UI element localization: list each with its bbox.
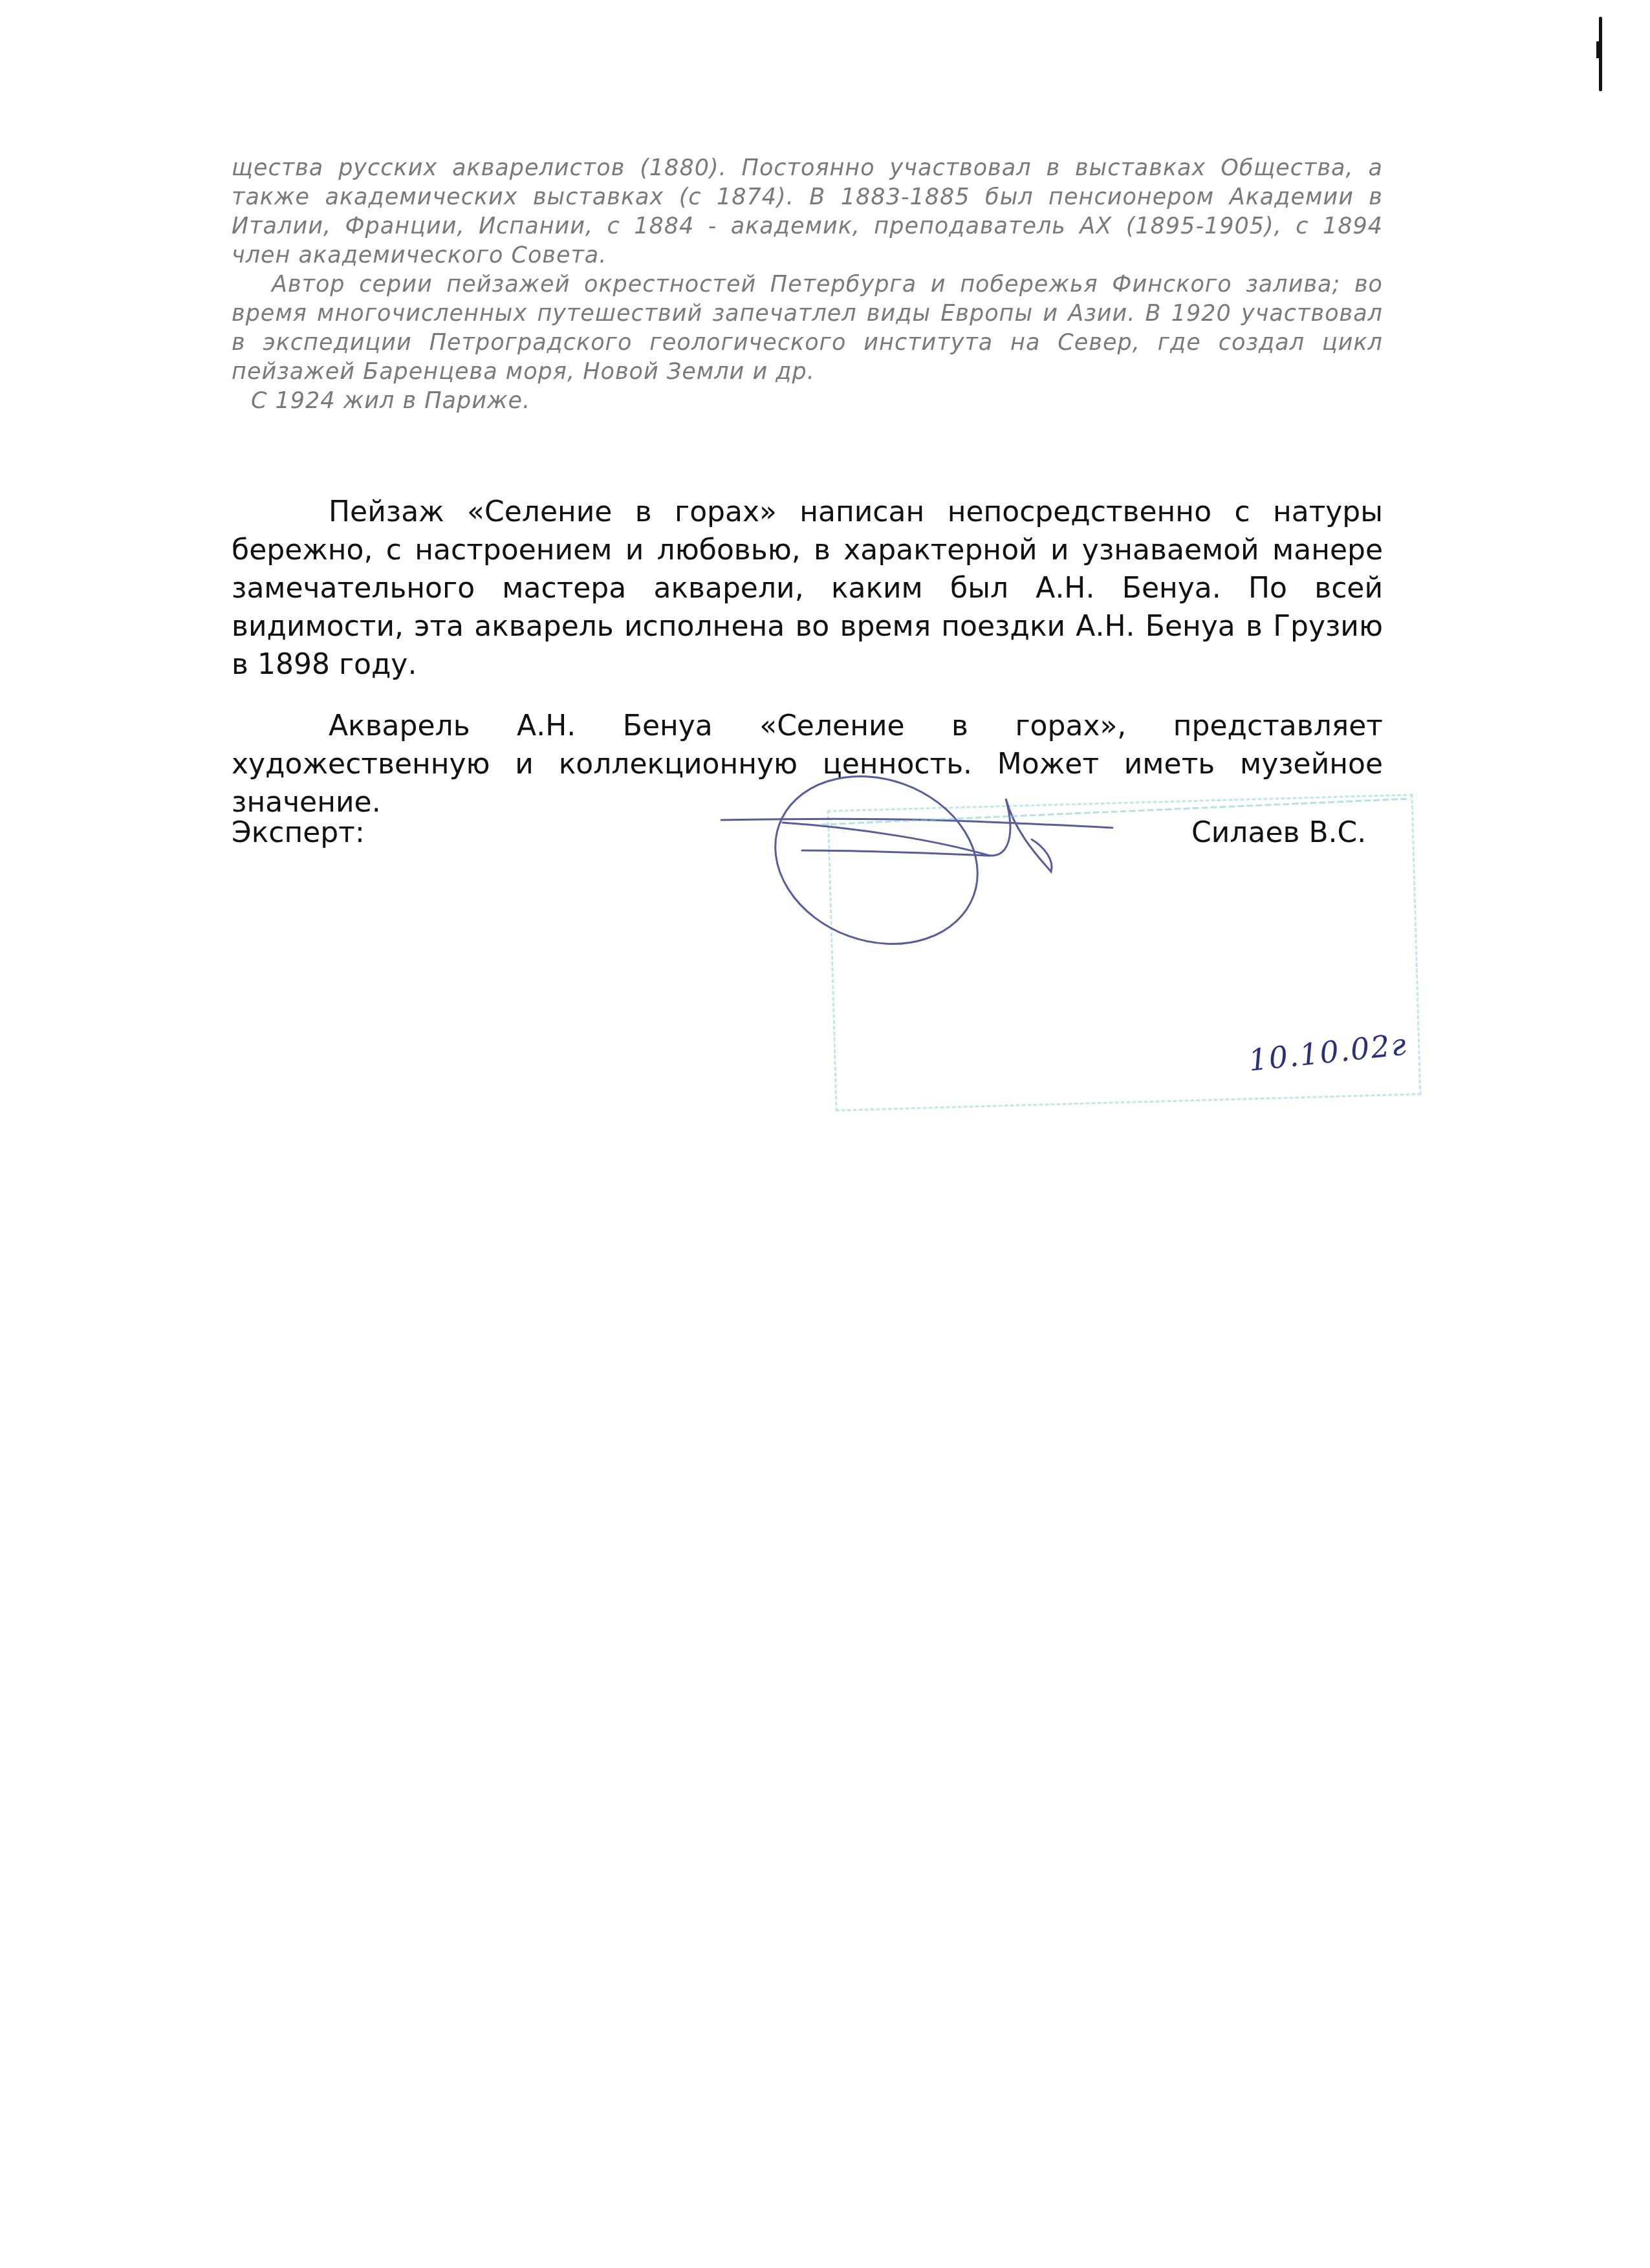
assessment-paragraph-1-container: Пейзаж «Селение в горах» написан непосре… (232, 493, 1383, 684)
biography-paragraph-3: С 1924 жил в Париже. (232, 387, 1383, 416)
biography-paragraph-2: Автор серии пейзажей окрестностей Петерб… (232, 270, 1383, 387)
handwritten-date: 10.10.02г (1247, 1026, 1409, 1077)
assessment-paragraph-1: Пейзаж «Селение в горах» написан непосре… (232, 493, 1383, 684)
expert-label: Эксперт: (232, 816, 365, 849)
document-page: щества русских акварелистов (1880). Пост… (0, 0, 1650, 2268)
expert-name: Силаев В.С. (1191, 816, 1366, 849)
assessment-paragraph-2-container: Акварель А.Н. Бенуа «Селение в горах», п… (232, 707, 1383, 821)
scan-margin-mark (1599, 17, 1602, 91)
biography-paragraph-1: щества русских акварелистов (1880). Пост… (232, 154, 1383, 270)
assessment-paragraph-2: Акварель А.Н. Бенуа «Селение в горах», п… (232, 707, 1383, 821)
biography-section: щества русских акварелистов (1880). Пост… (232, 154, 1383, 416)
